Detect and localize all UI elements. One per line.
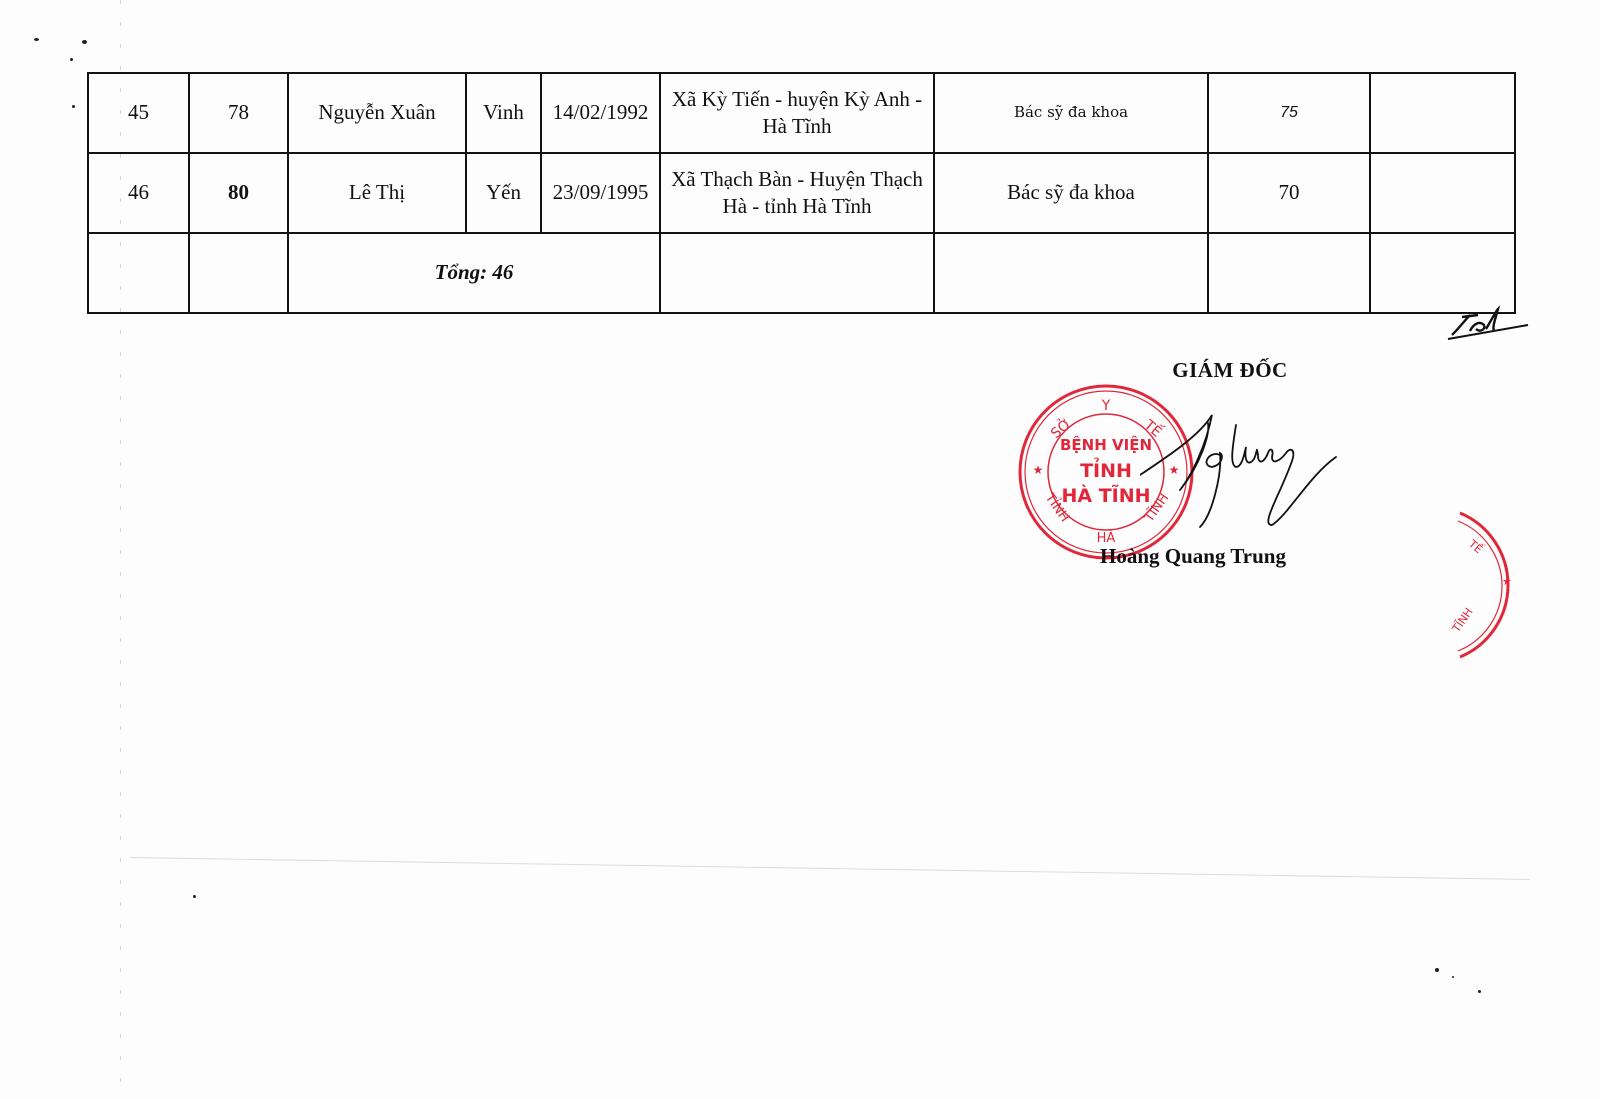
cell-que-quan: Xã Thạch Bàn - Huyện Thạch Hà - tỉnh Hà …: [660, 153, 934, 233]
signer-title: GIÁM ĐỐC: [1090, 358, 1370, 383]
handwritten-signature-icon: [1140, 395, 1350, 545]
signer-name: Hoàng Quang Trung: [1100, 544, 1286, 569]
cell-sbd: 80: [189, 153, 288, 233]
svg-text:Y: Y: [1101, 398, 1111, 414]
signature-block: GIÁM ĐỐC: [1090, 358, 1370, 383]
cell-que-quan: Xã Kỳ Tiến - huyện Kỳ Anh - Hà Tĩnh: [660, 73, 934, 153]
svg-text:BỆNH VIỆN: BỆNH VIỆN: [1060, 434, 1152, 454]
cell-ngay-sinh: 23/09/1995: [541, 153, 660, 233]
scan-speck: [1435, 968, 1439, 972]
scan-speck: [82, 40, 87, 44]
total-label: Tổng: 46: [288, 233, 660, 313]
svg-text:TĨNH: TĨNH: [1449, 606, 1475, 636]
svg-text:★: ★: [1033, 463, 1044, 477]
svg-text:TẾ: TẾ: [1465, 536, 1485, 556]
partial-stamp-icon: TẾ ★ TĨNH: [1440, 505, 1540, 665]
cell-stt: 45: [88, 73, 189, 153]
cell-diem: 70: [1208, 153, 1370, 233]
cell-empty: [660, 233, 934, 313]
cell-ho-dem: Nguyễn Xuân: [288, 73, 466, 153]
cell-empty: [1208, 233, 1370, 313]
cell-chuyen-mon: Bác sỹ đa khoa: [934, 153, 1208, 233]
scan-speck: [1452, 976, 1454, 978]
candidate-table: 45 78 Nguyễn Xuân Vinh 14/02/1992 Xã Kỳ …: [87, 72, 1516, 314]
scan-speck: [1478, 990, 1481, 993]
cell-ten: Yến: [466, 153, 541, 233]
cell-ten: Vinh: [466, 73, 541, 153]
svg-text:HÀ TĨNH: HÀ TĨNH: [1061, 483, 1150, 507]
cell-empty: [88, 233, 189, 313]
cell-ho-dem: Lê Thị: [288, 153, 466, 233]
scan-speck: [72, 105, 75, 108]
initials-mark-icon: [1440, 305, 1530, 345]
cell-ghi-chu: [1370, 73, 1515, 153]
cell-diem: 75: [1208, 73, 1370, 153]
table-row: 46 80 Lê Thị Yến 23/09/1995 Xã Thạch Bàn…: [88, 153, 1515, 233]
total-row: Tổng: 46: [88, 233, 1515, 313]
cell-empty: [1370, 233, 1515, 313]
cell-sbd: 78: [189, 73, 288, 153]
cell-ngay-sinh: 14/02/1992: [541, 73, 660, 153]
svg-text:TỈNH: TỈNH: [1080, 457, 1132, 482]
scan-artifact-line: [130, 857, 1530, 880]
cell-stt: 46: [88, 153, 189, 233]
table-row: 45 78 Nguyễn Xuân Vinh 14/02/1992 Xã Kỳ …: [88, 73, 1515, 153]
cell-empty: [189, 233, 288, 313]
cell-chuyen-mon: Bác sỹ đa khoa: [934, 73, 1208, 153]
scan-speck: [70, 58, 73, 61]
cell-ghi-chu: [1370, 153, 1515, 233]
scan-speck: [193, 895, 196, 898]
svg-text:★: ★: [1502, 575, 1512, 588]
scan-speck: [34, 38, 39, 41]
cell-empty: [934, 233, 1208, 313]
